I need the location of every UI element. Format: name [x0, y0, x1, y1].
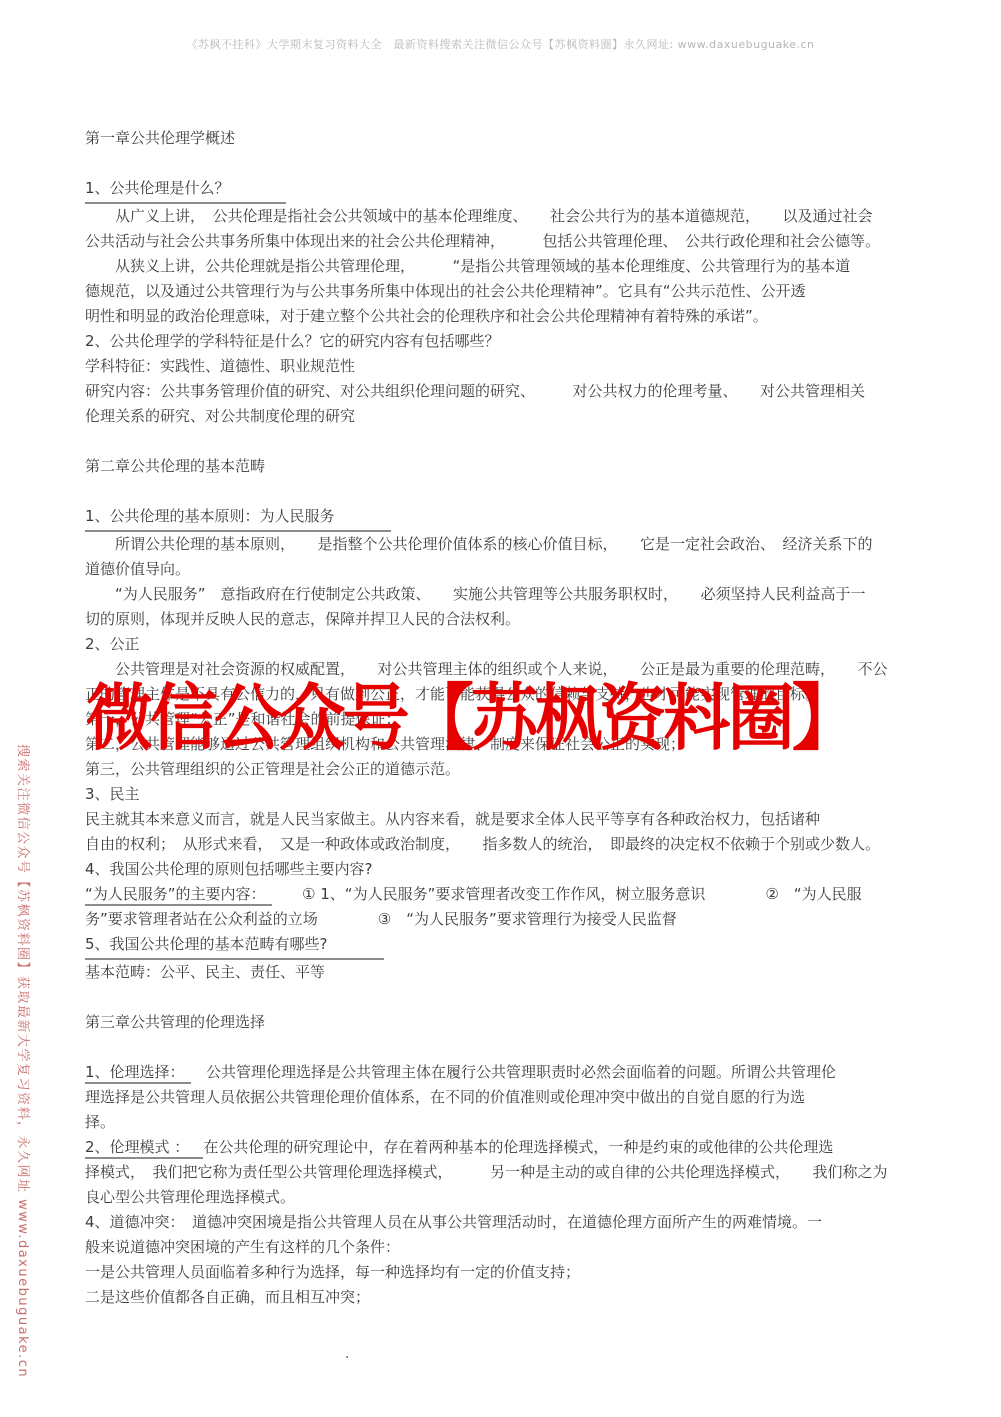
doc-line: 一是公共管理人员面临着多种行为选择，每一种选择均有一定的价值支持； [85, 1260, 933, 1285]
doc-line: 德规范，以及通过公共管理行为与公共事务所集中体现出的社会公共伦理精神”。它具有“… [85, 279, 933, 304]
doc-line: 般来说道德冲突困境的产生有这样的几个条件： [85, 1235, 933, 1260]
underlined-term: 2、伦理模式 ： [85, 1138, 203, 1159]
doc-line: 明性和明显的政治伦理意味，对于建立整个公共社会的伦理秩序和社会公共伦理精神有着特… [85, 304, 933, 329]
doc-line: 自由的权利； 从形式来看， 又是一种政体或政治制度， 指多数人的统治， 即最终的… [85, 832, 933, 857]
doc-line: 切的原则，体现并反映人民的意志，保障并捍卫人民的合法权利。 [85, 607, 933, 632]
line-text: ① 1、“为人民服务”要求管理者改变工作作风，树立服务意识 ② “为人民服 [272, 885, 862, 903]
underlined-heading: 1、公共伦理的基本原则：为人民服务 [85, 504, 391, 532]
doc-line: 1、伦理选择： 公共管理伦理选择是公共管理主体在履行公共管理职责时必然会面临着的… [85, 1060, 933, 1085]
blank-line [85, 429, 933, 454]
doc-line: 所谓公共伦理的基本原则， 是指整个公共伦理价值体系的核心价值目标， 它是一定社会… [85, 532, 933, 557]
doc-line: 择。 [85, 1110, 933, 1135]
doc-line: 2、公共伦理学的学科特征是什么？它的研究内容有包括哪些？ [85, 329, 933, 354]
line-text: 在公共伦理的研究理论中，存在着两种基本的伦理选择模式，一种是约束的或他律的公共伦… [203, 1138, 833, 1156]
underlined-term: “为人民服务”的主要内容： [85, 885, 272, 906]
doc-line: 二是这些价值都各自正确，而且相互冲突； [85, 1285, 933, 1310]
doc-line: 从狭义上讲，公共伦理就是指公共管理伦理， “是指公共管理领域的基本伦理维度、公共… [85, 254, 933, 279]
blank-line [85, 479, 933, 504]
doc-line: 理选择是公共管理人员依据公共管理伦理价值体系，在不同的价值准则或伦理冲突中做出的… [85, 1085, 933, 1110]
doc-line: 2、伦理模式 ：在公共伦理的研究理论中，存在着两种基本的伦理选择模式，一种是约束… [85, 1135, 933, 1160]
doc-line: 4、道德冲突： 道德冲突困境是指公共管理人员在从事公共管理活动时，在道德伦理方面… [85, 1210, 933, 1235]
blank-line [85, 151, 933, 176]
doc-line: 学科特征：实践性、道德性、职业规范性 [85, 354, 933, 379]
doc-line: 择模式， 我们把它称为责任型公共管理伦理选择模式， 另一种是主动的或自律的公共伦… [85, 1160, 933, 1185]
footer-mark: . [345, 1346, 349, 1362]
doc-line: 4、我国公共伦理的原则包括哪些主要内容? [85, 857, 933, 882]
document-page: 《苏枫不挂科》大学期末复习资料大全 最新资料搜索关注微信公众号【苏枫资料圈】永久… [0, 0, 1001, 1417]
underlined-heading: 5、我国公共伦理的基本范畴有哪些? [85, 932, 384, 960]
doc-line: “为人民服务”的主要内容： ① 1、“为人民服务”要求管理者改变工作作风，树立服… [85, 882, 933, 907]
doc-line: 公共活动与社会公共事务所集中体现出来的社会公共伦理精神， 包括公共管理伦理、 公… [85, 229, 933, 254]
line-text: 公共管理伦理选择是公共管理主体在履行公共管理职责时必然会面临着的问题。所谓公共管… [191, 1063, 836, 1081]
doc-line: “为人民服务” 意指政府在行使制定公共政策、 实施公共管理等公共服务职权时， 必… [85, 582, 933, 607]
doc-line: 务”要求管理者站在公众利益的立场 ③ “为人民服务”要求管理行为接受人民监督 [85, 907, 933, 932]
blank-line [85, 1035, 933, 1060]
doc-line: 良心型公共管理伦理选择模式。 [85, 1185, 933, 1210]
doc-line: 5、我国公共伦理的基本范畴有哪些? [85, 932, 933, 960]
doc-line: 1、公共伦理是什么？ [85, 176, 933, 204]
blank-line [85, 985, 933, 1010]
chapter-heading: 第三章公共管理的伦理选择 [85, 1010, 933, 1035]
doc-line: 3、民主 [85, 782, 933, 807]
left-vertical-watermark: 搜索关注微信公众号【苏枫资料圈】获取最新大学复习资料，永久网址 www.daxu… [15, 744, 34, 1244]
doc-line: 伦理关系的研究、对公共制度伦理的研究 [85, 404, 933, 429]
doc-line: 道德价值导向。 [85, 557, 933, 582]
doc-line: 基本范畴：公平、民主、责任、平等 [85, 960, 933, 985]
doc-line: 2、公正 [85, 632, 933, 657]
underlined-heading: 1、公共伦理是什么？ [85, 176, 286, 204]
doc-line: 民主就其本来意义而言，就是人民当家做主。从内容来看，就是要求全体人民平等享有各种… [85, 807, 933, 832]
page-header-text: 《苏枫不挂科》大学期末复习资料大全 最新资料搜索关注微信公众号【苏枫资料圈】永久… [0, 36, 1001, 52]
doc-line: 从广义上讲， 公共伦理是指社会公共领域中的基本伦理维度、 社会公共行为的基本道德… [85, 204, 933, 229]
doc-line: 1、公共伦理的基本原则：为人民服务 [85, 504, 933, 532]
center-red-watermark: 微信公众号【苏枫资料圈】 [86, 660, 856, 764]
chapter-heading: 第一章公共伦理学概述 [85, 126, 933, 151]
doc-line: 研究内容：公共事务管理价值的研究、对公共组织伦理问题的研究、 对公共权力的伦理考… [85, 379, 933, 404]
underlined-term: 1、伦理选择： [85, 1063, 191, 1084]
chapter-heading: 第二章公共伦理的基本范畴 [85, 454, 933, 479]
